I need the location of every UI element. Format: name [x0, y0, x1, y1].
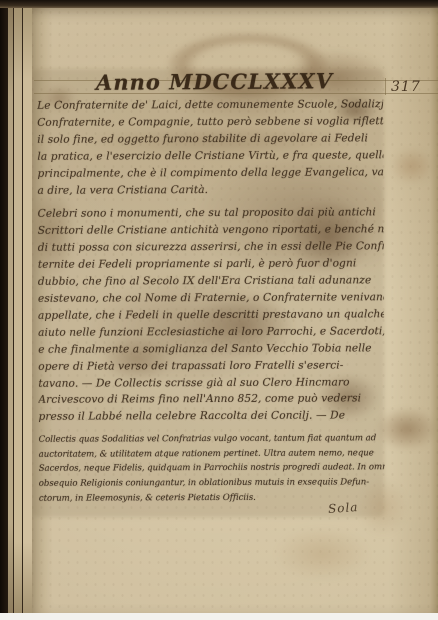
handwritten-line: Celebri sono i monumenti, che su tal pro… — [38, 205, 384, 223]
page-edge-strip — [23, 6, 32, 615]
page-number: 317 — [391, 79, 421, 95]
handwritten-line: Le Confraternite de' Laici, dette comune… — [37, 96, 383, 114]
paragraph-latin-quote: Collectis quas Sodalitias vel Confratria… — [39, 431, 385, 505]
page-edge-strip — [14, 6, 22, 615]
handwritten-line: Collectis quas Sodalitias vel Confratria… — [39, 431, 385, 447]
handwritten-line: dubbio, che fino al Secolo IX dell'Era C… — [38, 272, 384, 290]
handwritten-line: il solo fine, ed oggetto furono stabilit… — [37, 130, 383, 148]
book-gutter — [6, 6, 32, 615]
handwritten-line: ternite dei Fedeli propriamente si parli… — [38, 255, 384, 273]
manuscript-text-block: Le Confraternite de' Laici, dette comune… — [37, 96, 385, 513]
handwritten-line: presso il Labbé nella celebre Raccolta d… — [38, 408, 384, 426]
handwritten-line: auctoritatem, & utilitatem atque ratione… — [39, 446, 385, 462]
book-top-edge — [0, 0, 438, 8]
handwritten-line: Scrittori delle Cristiane antichità veng… — [38, 222, 384, 240]
catchword: Sola — [328, 500, 359, 516]
handwritten-line: tavano. — De Collectis scrisse già al su… — [38, 374, 384, 392]
handwritten-line: obsequio Religionis coniungantur, in obl… — [39, 475, 385, 491]
ink-stain — [376, 407, 438, 451]
handwritten-line: e che finalmente a somiglianza del Santo… — [38, 340, 384, 358]
paragraph-intro: Le Confraternite de' Laici, dette comune… — [37, 96, 383, 199]
year-heading: Anno MDCCLXXXV — [96, 68, 356, 95]
handwritten-line: principalmente, che è il compimento dell… — [37, 164, 383, 182]
handwritten-line: aiuto nelle funzioni Ecclesiastiche ai l… — [38, 323, 384, 341]
manuscript-page: Anno MDCCLXXXV 317 Le Confraternite de' … — [28, 7, 438, 614]
manuscript-photo: Anno MDCCLXXXV 317 Le Confraternite de' … — [0, 0, 438, 620]
handwritten-line: esistevano, che col Nome di Fraternie, o… — [38, 289, 384, 307]
paper-stain — [274, 527, 370, 581]
handwritten-line: a dire, la vera Cristiana Carità. — [37, 181, 383, 199]
handwritten-line: la pratica, e l'esercizio delle Cristian… — [37, 147, 383, 165]
handwritten-line: appellate, che i Fedeli in quelle descri… — [38, 306, 384, 324]
paragraph-history: Celebri sono i monumenti, che su tal pro… — [38, 205, 385, 426]
handwritten-line: Arcivescovo di Reims fino nell'Anno 852,… — [38, 391, 384, 409]
photo-bottom-border — [0, 613, 438, 620]
handwritten-line: opere di Pietà verso dei trapassati loro… — [38, 357, 384, 375]
handwritten-line: di tutti possa con sicurezza asserirsi, … — [38, 238, 384, 256]
book-spine-edge — [0, 0, 8, 620]
paper-stain — [390, 147, 434, 185]
handwritten-line: Sacerdos, neque Fidelis, quidquam in Par… — [39, 461, 385, 477]
page-number-column-line — [385, 78, 386, 95]
handwritten-line: Confraternite, e Compagnie, tutto però s… — [37, 113, 383, 131]
